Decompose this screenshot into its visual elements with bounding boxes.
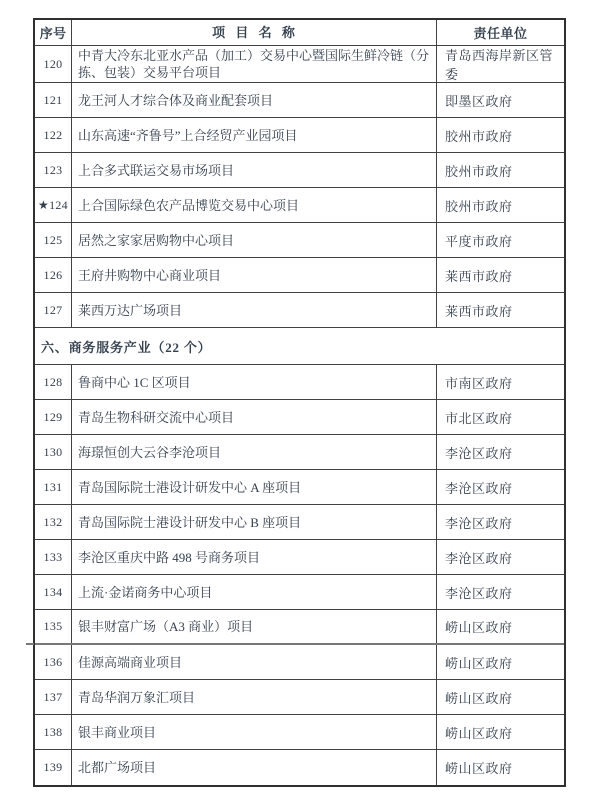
unit-cell: 胶州市政府 (437, 118, 564, 152)
project-name-cell: 青岛生物科研交流中心项目 (72, 400, 437, 434)
document-page: 序号 项 目 名 称 责任单位 120中青大冷东北亚水产品（加工）交易中心暨国际… (0, 0, 592, 810)
unit-cell: 青岛西海岸新区管委 (437, 46, 564, 82)
header-project-name: 项 目 名 称 (72, 20, 437, 45)
table-row: 125居然之家家居购物中心项目平度市政府 (35, 223, 564, 258)
section-label: 六、商务服务产业（22 个） (35, 328, 564, 364)
page-break-line (26, 643, 34, 645)
unit-cell: 李沧区政府 (437, 470, 564, 504)
project-name-cell: 龙王河人才综合体及商业配套项目 (72, 83, 437, 117)
project-name-cell: 青岛华润万象汇项目 (72, 680, 437, 714)
project-name-cell: 莱西万达广场项目 (72, 293, 437, 327)
serial-cell: 135 (35, 610, 72, 643)
unit-cell: 崂山区政府 (437, 680, 564, 714)
table-row: 133李沧区重庆中路 498 号商务项目李沧区政府 (35, 540, 564, 575)
unit-cell: 李沧区政府 (437, 435, 564, 469)
serial-cell: 132 (35, 505, 72, 539)
serial-cell: 126 (35, 258, 72, 292)
serial-cell: 122 (35, 118, 72, 152)
table-row: 138银丰商业项目崂山区政府 (35, 715, 564, 750)
unit-cell: 李沧区政府 (437, 540, 564, 574)
table-row: 123上合多式联运交易市场项目胶州市政府 (35, 153, 564, 188)
unit-cell: 崂山区政府 (437, 645, 564, 679)
unit-cell: 莱西市政府 (437, 293, 564, 327)
unit-cell: 崂山区政府 (437, 715, 564, 749)
serial-cell: 123 (35, 153, 72, 187)
project-name-cell: 青岛国际院士港设计研发中心 A 座项目 (72, 470, 437, 504)
serial-cell: 133 (35, 540, 72, 574)
serial-cell: ★124 (35, 188, 72, 222)
serial-cell: 139 (35, 750, 72, 785)
project-name-cell: 上合多式联运交易市场项目 (72, 153, 437, 187)
table-row: 134上流·金诺商务中心项目李沧区政府 (35, 575, 564, 610)
table-row: 120中青大冷东北亚水产品（加工）交易中心暨国际生鲜冷链（分拣、包装）交易平台项… (35, 46, 564, 83)
serial-cell: 129 (35, 400, 72, 434)
serial-cell: 130 (35, 435, 72, 469)
serial-cell: 136 (35, 645, 72, 679)
table-row: 126王府井购物中心商业项目莱西市政府 (35, 258, 564, 293)
table-row: 128鲁商中心 1C 区项目市南区政府 (35, 365, 564, 400)
project-name-cell: 李沧区重庆中路 498 号商务项目 (72, 540, 437, 574)
table-row: 132青岛国际院士港设计研发中心 B 座项目李沧区政府 (35, 505, 564, 540)
serial-cell: 121 (35, 83, 72, 117)
table-row: 139北都广场项目崂山区政府 (35, 750, 564, 785)
project-name-cell: 上流·金诺商务中心项目 (72, 575, 437, 609)
project-name-cell: 居然之家家居购物中心项目 (72, 223, 437, 257)
serial-cell: 127 (35, 293, 72, 327)
project-name-cell: 北都广场项目 (72, 750, 437, 785)
table-row: 127莱西万达广场项目莱西市政府 (35, 293, 564, 328)
project-name-cell: 银丰财富广场（A3 商业）项目 (72, 610, 437, 643)
project-name-cell: 海璟恒创大云谷李沧项目 (72, 435, 437, 469)
project-name-cell: 上合国际绿色农产品博览交易中心项目 (72, 188, 437, 222)
project-name-cell: 中青大冷东北亚水产品（加工）交易中心暨国际生鲜冷链（分拣、包装）交易平台项目 (72, 46, 437, 82)
unit-cell: 市南区政府 (437, 365, 564, 399)
unit-cell: 莱西市政府 (437, 258, 564, 292)
table-row: 131青岛国际院士港设计研发中心 A 座项目李沧区政府 (35, 470, 564, 505)
unit-cell: 即墨区政府 (437, 83, 564, 117)
table-row: 137青岛华润万象汇项目崂山区政府 (35, 680, 564, 715)
unit-cell: 胶州市政府 (437, 153, 564, 187)
serial-cell: 128 (35, 365, 72, 399)
unit-cell: 李沧区政府 (437, 505, 564, 539)
unit-cell: 李沧区政府 (437, 575, 564, 609)
project-name-cell: 银丰商业项目 (72, 715, 437, 749)
unit-cell: 胶州市政府 (437, 188, 564, 222)
table-row: 129青岛生物科研交流中心项目市北区政府 (35, 400, 564, 435)
table-row: 130海璟恒创大云谷李沧项目李沧区政府 (35, 435, 564, 470)
table-row: 136佳源高端商业项目崂山区政府 (35, 645, 564, 680)
unit-cell: 平度市政府 (437, 223, 564, 257)
unit-cell: 崂山区政府 (437, 750, 564, 785)
serial-cell: 138 (35, 715, 72, 749)
table-row: ★124上合国际绿色农产品博览交易中心项目胶州市政府 (35, 188, 564, 223)
project-name-cell: 山东高速“齐鲁号”上合经贸产业园项目 (72, 118, 437, 152)
project-name-cell: 青岛国际院士港设计研发中心 B 座项目 (72, 505, 437, 539)
project-name-cell: 王府井购物中心商业项目 (72, 258, 437, 292)
section-row: 六、商务服务产业（22 个） (35, 328, 564, 365)
header-unit: 责任单位 (437, 20, 564, 45)
serial-cell: 125 (35, 223, 72, 257)
serial-cell: 131 (35, 470, 72, 504)
project-name-cell: 鲁商中心 1C 区项目 (72, 365, 437, 399)
table-header-row: 序号 项 目 名 称 责任单位 (35, 20, 564, 46)
unit-cell: 崂山区政府 (437, 610, 564, 643)
project-name-cell: 佳源高端商业项目 (72, 645, 437, 679)
unit-cell: 市北区政府 (437, 400, 564, 434)
serial-cell: 134 (35, 575, 72, 609)
table-row: 121龙王河人才综合体及商业配套项目即墨区政府 (35, 83, 564, 118)
header-serial: 序号 (35, 20, 72, 45)
serial-cell: 137 (35, 680, 72, 714)
table-row: 135银丰财富广场（A3 商业）项目崂山区政府 (35, 610, 564, 645)
table-row: 122山东高速“齐鲁号”上合经贸产业园项目胶州市政府 (35, 118, 564, 153)
serial-cell: 120 (35, 46, 72, 82)
project-table: 序号 项 目 名 称 责任单位 120中青大冷东北亚水产品（加工）交易中心暨国际… (33, 18, 566, 787)
